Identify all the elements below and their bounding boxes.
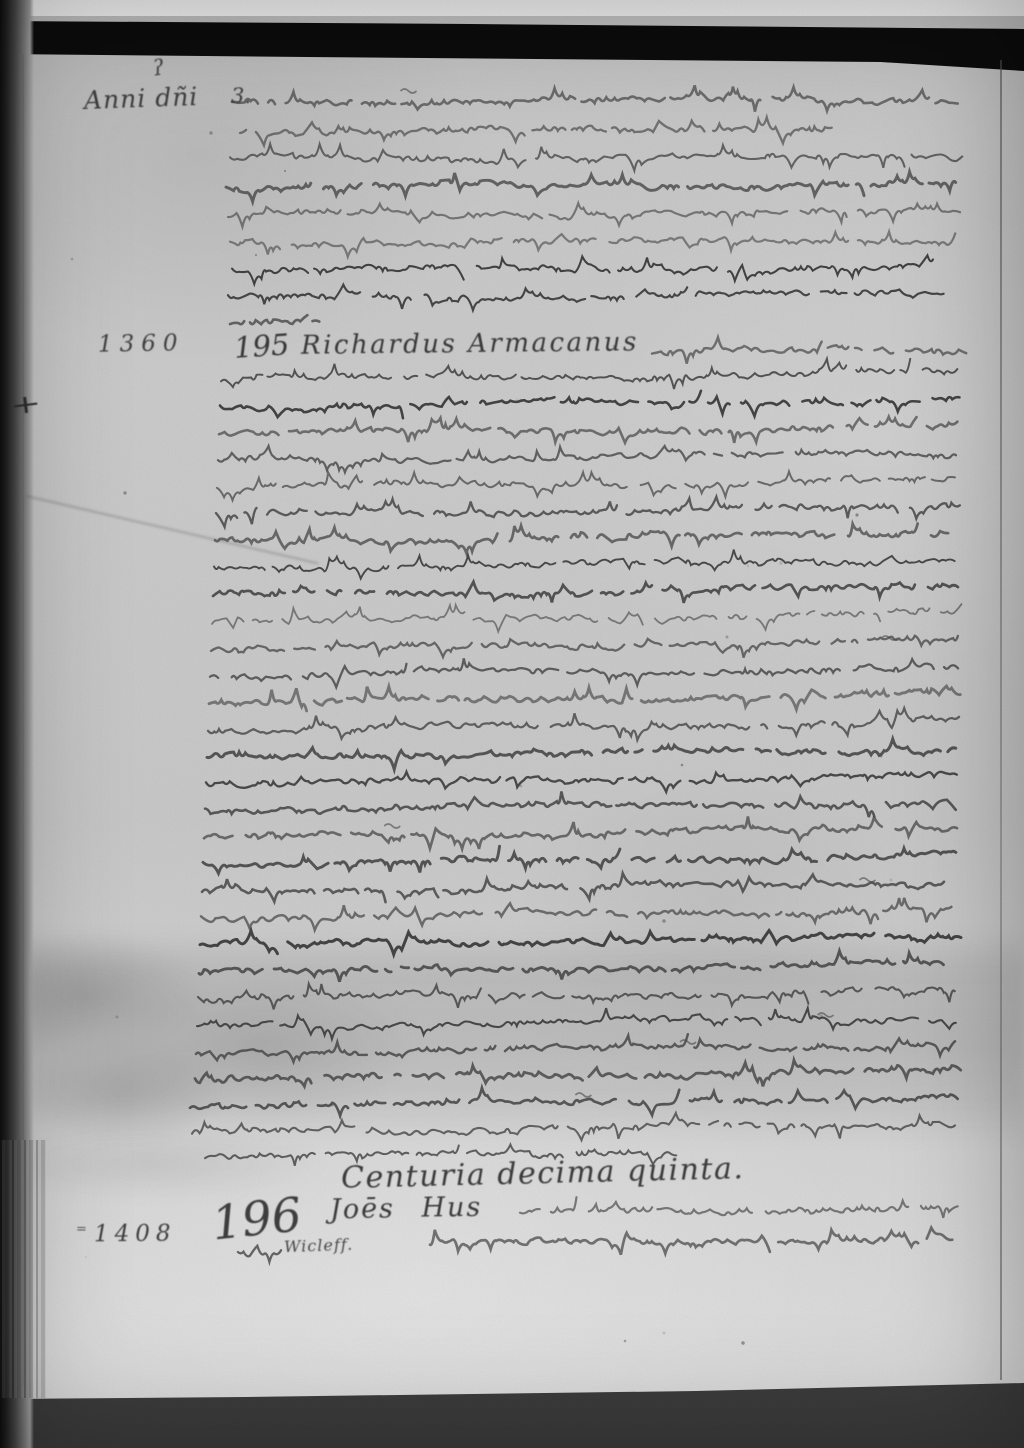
entry-195-title: Richardus Armacanus — [301, 327, 639, 361]
entry-195-number: 195 — [233, 327, 291, 365]
right-page-crease — [1000, 60, 1002, 1380]
margin-year-1408: 1408 — [94, 1221, 177, 1248]
margin-anni-domini-label: Anni dñi — [84, 82, 199, 115]
entry-196-title: Joēs Hus — [330, 1192, 483, 1226]
margin-year-1408-mark: = — [76, 1222, 87, 1237]
body-item-number: 3. — [231, 84, 251, 108]
margin-year-1360: 1360 — [98, 330, 185, 358]
entry-196-subtitle: Wicleff. — [284, 1235, 354, 1256]
photo-frame: ʔ Anni dñi 3. + 1360 195 Richardus Armac… — [0, 0, 1024, 1448]
margin-cross-mark: + — [8, 388, 43, 421]
damp-stain-band — [24, 930, 1024, 1145]
page-edge-striations — [0, 1140, 46, 1398]
